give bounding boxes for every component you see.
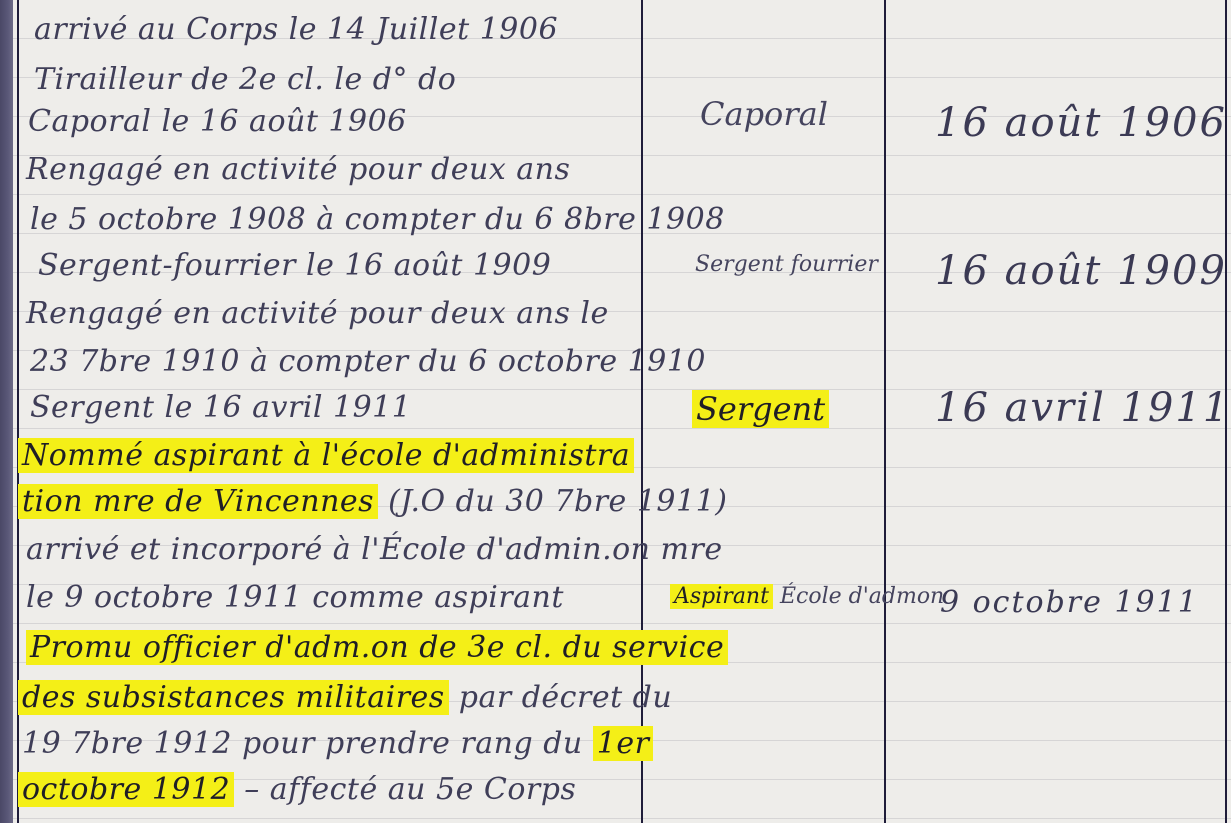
register-page: arrivé au Corps le 14 Juillet 1906 Tirai… [0, 0, 1231, 823]
history-line: arrivé au Corps le 14 Juillet 1906 [34, 12, 558, 47]
history-line: le 5 octobre 1908 à compter du 6 8bre 19… [30, 202, 725, 237]
highlight: Nommé aspirant à l'école d'administra [18, 438, 634, 473]
history-line-highlighted: Nommé aspirant à l'école d'administra [18, 438, 634, 473]
history-line: Sergent le 16 avril 1911 [30, 390, 411, 425]
history-line-partial-highlight: des subsistances militaires par décret d… [18, 680, 672, 715]
history-line: Tirailleur de 2e cl. le d° do [34, 62, 456, 97]
highlight: Aspirant [670, 584, 773, 609]
rank-entry-highlighted: Sergent [692, 390, 829, 428]
date-entry: 16 août 1909 [935, 248, 1227, 294]
history-line: Sergent-fourrier le 16 août 1909 [38, 248, 551, 283]
highlight: des subsistances militaires [18, 680, 449, 715]
date-entry: 16 avril 1911 [935, 385, 1230, 431]
date-entry: 9 octobre 1911 [940, 585, 1199, 620]
rank-entry: Sergent fourrier [695, 252, 878, 277]
history-line: 23 7bre 1910 à compter du 6 octobre 1910 [30, 344, 706, 379]
highlight: Sergent [692, 390, 829, 428]
date-entry: 16 août 1906 [935, 100, 1227, 146]
highlight: octobre 1912 [18, 772, 234, 807]
rank-entry: Caporal [700, 95, 828, 133]
history-line-partial-highlight: 19 7bre 1912 pour prendre rang du 1er [22, 726, 653, 761]
history-line: Rengagé en activité pour deux ans [26, 152, 570, 187]
history-line: le 9 octobre 1911 comme aspirant [26, 580, 564, 615]
history-line: Rengagé en activité pour deux ans le [26, 296, 609, 331]
highlight: 1er [593, 726, 654, 761]
history-line-partial-highlight: octobre 1912 – affecté au 5e Corps [18, 772, 576, 807]
history-line: arrivé et incorporé à l'École d'admin.on… [26, 532, 723, 567]
rank-entry-partial-highlight: Aspirant École d'admon [650, 584, 944, 609]
column-divider-2 [884, 0, 886, 823]
history-line-highlighted: Promu officier d'adm.on de 3e cl. du ser… [26, 630, 728, 665]
page-binding-edge [0, 0, 13, 823]
history-line: Caporal le 16 août 1906 [28, 104, 407, 139]
highlight: tion mre de Vincennes [18, 484, 378, 519]
highlight: Promu officier d'adm.on de 3e cl. du ser… [26, 630, 728, 665]
history-line-partial-highlight: tion mre de Vincennes (J.O du 30 7bre 19… [18, 484, 727, 519]
